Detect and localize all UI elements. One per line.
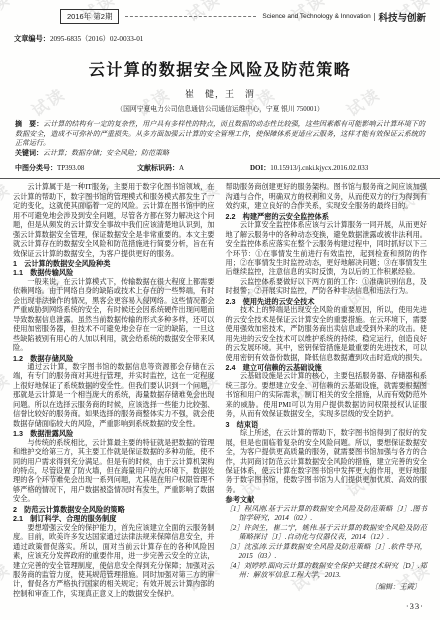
doc-code-item: 文献标识码：A (137, 163, 250, 173)
section-heading: 参考文献 (226, 495, 428, 504)
body-paragraph-continued: 帮助服务商创建更好的服务架构。图书馆与服务商之间应该加强沟通与合作，明确双方的权… (226, 183, 428, 211)
body-paragraph: 通过云计算，数字图书馆的数据信息等资源都会存储在云端，有专门的服务商对其进行管理… (13, 363, 215, 429)
editor-note: 〔编辑：王霞〕 (226, 583, 428, 592)
journal-title-en: Science and Technology & Innovation (262, 13, 370, 20)
article-number-line: 文章编号：2095-6835（2016）02-0033-01 (14, 34, 440, 44)
left-column: 云计算属于是一种IT服务，主要用于数字化图书馆领域，在云计算的帮助下，数字图书馆… (13, 183, 215, 599)
header-dashed-rule (125, 16, 256, 17)
clc-item: 中图分类号：TP393.08 (15, 163, 137, 173)
doc-code-value: A (179, 164, 184, 172)
body-paragraph: 一般来说，在云计算模式下，传输数据在很大程度上都需要依赖网络。由于网络自身的缺陷… (13, 278, 215, 354)
body-paragraph: 与传统的系统相比，云计算最主要的特征就是把数据的管理和维护交给第三方，其主要工作… (13, 439, 215, 505)
paper-title: 云计算的数据安全风险及防范策略 (0, 57, 440, 80)
body-paragraph: 云计算属于是一种IT服务，主要用于数字化图书馆领域，在云计算的帮助下，数字图书馆… (13, 183, 215, 259)
issue-badge: 2016年 第2期 (60, 9, 119, 24)
header-body-divider (0, 178, 440, 179)
doi-item: DOI：10.15913/j.cnki.kjycx.2016.02.033 (250, 163, 425, 173)
journal-title-divider: | (374, 12, 376, 21)
body-paragraph: 要想增强云安全的保护能力，首先应该建立全面的云服务制度。目前，欧美许多发达国家通… (13, 524, 215, 600)
section-heading: 2.2 构建严密的云安全监控体系 (226, 212, 428, 221)
page-number: ·33· (406, 601, 424, 611)
section-heading: 3 结束语 (226, 420, 428, 429)
reference-item: ［1］程凤刚.基于云计算的数据安全风险及防范策略［J］.图书馆学研究，2014（… (226, 505, 428, 524)
reference-item: ［3］沈泓涛.云计算数据安全风险及防范策略［J］.软件导刊，2015（03）. (226, 543, 428, 562)
journal-header: 2016年 第2期 Science and Technology & Innov… (0, 0, 440, 24)
journal-title-cn: 科技与创新 (378, 10, 426, 24)
section-heading: 2.3 使用先进的云安全技术 (226, 297, 428, 306)
section-heading: 1.3 数据泄露风险 (13, 429, 215, 438)
section-heading: 2.1 制订科学、合理的服务制度 (13, 514, 215, 523)
right-column: 帮助服务商创建更好的服务架构。图书馆与服务商之间应该加强沟通与合作，明确双方的权… (226, 183, 428, 599)
body-paragraph: 综上所述，在云计算的帮助下，数字图书馆得到了很好的发展，但是也面临着复杂的安全风… (226, 429, 428, 495)
section-heading: 2 防范云计算数据安全风险的策略 (13, 505, 215, 514)
doi-value: 10.15913/j.cnki.kjycx.2016.02.033 (270, 164, 368, 172)
article-number-value: 2095-6835（2016）02-0033-01 (50, 35, 143, 43)
clc-value: TP393.08 (57, 164, 84, 172)
abstract-text: 云计算的结构有一定的复杂性，用户具有多样性的特点，而且数据的动态性比较强，这些因… (15, 120, 425, 147)
article-number-label: 文章编号： (14, 35, 50, 43)
body-paragraph: 云基础设施是云计算的核心，主要包括服务器、存储器和系统三部分。要想建立安全、可信… (226, 372, 428, 419)
reference-item: ［2］许剑生，崔二宁，姚伟.基于云计算的数据安全风险及防范策略探讨［J］.自动化… (226, 524, 428, 543)
body-paragraph: 云监控体系要做好以下两方面的工作：①准确识别信息，及时报警；②开展实时监控，严防… (226, 278, 428, 297)
doi-label: DOI： (250, 164, 270, 172)
section-heading: 1 云计算的数据安全风险种类 (13, 259, 215, 268)
body-columns: 云计算属于是一种IT服务，主要用于数字化图书馆领域，在云计算的帮助下，数字图书馆… (0, 183, 440, 599)
body-paragraph: 云计算安全监控体系应该与云计算服务一同开展，从而更好地了解云服务中的各种动态变换… (226, 221, 428, 278)
abstract-label: 摘 要： (15, 120, 43, 128)
body-paragraph: 技术上的弊端是出现安全风险的重要原因，所以，使用先进的云安全技术是保证云计算安全… (226, 306, 428, 363)
reference-item: ［4］刘婷婷.面向云计算的数据安全保护关键技术研究［D］.郑州：解放军信息工程大… (226, 562, 428, 581)
section-heading: 1.1 数据传输风险 (13, 268, 215, 277)
keywords-block: 关键词：云计算；数据存储；安全风险；防范策略 (15, 149, 425, 159)
clc-label: 中图分类号： (15, 164, 57, 172)
doc-code-label: 文献标识码： (137, 164, 179, 172)
classification-row: 中图分类号：TP393.08 文献标识码：A DOI：10.15913/j.cn… (15, 163, 425, 173)
page-content: 2016年 第2期 Science and Technology & Innov… (0, 0, 440, 599)
keywords-label: 关键词： (15, 149, 43, 157)
section-heading: 1.2 数据存储风险 (13, 354, 215, 363)
keywords-text: 云计算；数据存储；安全风险；防范策略 (43, 149, 169, 157)
paper-authors: 崔 健，王 渭 (0, 87, 440, 100)
abstract-block: 摘 要：云计算的结构有一定的复杂性，用户具有多样性的特点，而且数据的动态性比较强… (15, 120, 425, 149)
journal-page: 试读试读试读试读试读试读试读试读试读试读试读试读试读试读试读试读试读试读试读试读… (0, 0, 440, 620)
paper-affiliation: （国网宁夏电力公司信息通信公司通信运维中心，宁夏 银川 750001） (0, 103, 440, 113)
